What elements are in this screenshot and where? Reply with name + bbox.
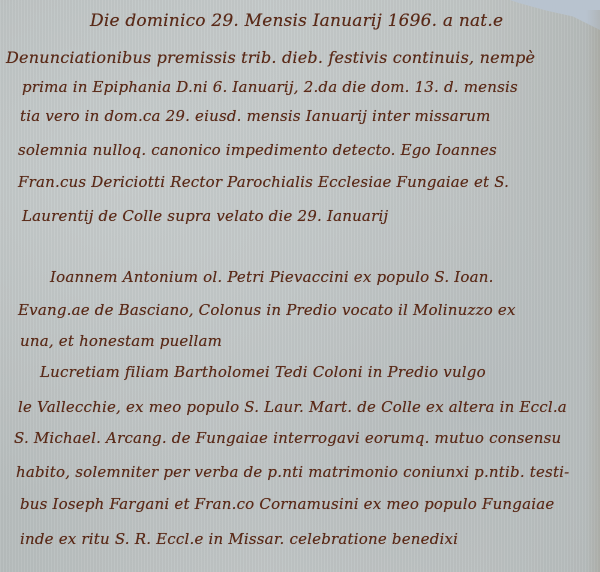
text-line: Laurentij de Colle supra velato die 29. … — [22, 207, 388, 225]
manuscript-page: Die dominico 29. Mensis Ianuarij 1696. a… — [0, 0, 600, 572]
text-line: inde ex ritu S. R. Eccl.e in Missar. cel… — [20, 530, 458, 548]
text-line: solemnia nulloq. canonico impedimento de… — [18, 141, 497, 159]
groom-paragraph-line: Ioannem Antonium ol. Petri Pievaccini ex… — [50, 268, 494, 286]
text-line: prima in Epiphania D.ni 6. Ianuarij, 2.d… — [22, 78, 518, 96]
bride-paragraph-line: Lucretiam filiam Bartholomei Tedi Coloni… — [40, 363, 486, 381]
text-line: Denunciationibus premissis trib. dieb. f… — [6, 48, 535, 67]
text-line: S. Michael. Arcang. de Fungaiae interrog… — [14, 429, 561, 447]
text-line: habito, solemniter per verba de p.nti ma… — [16, 463, 569, 481]
text-line: Fran.cus Dericiotti Rector Parochialis E… — [18, 173, 509, 191]
page-edge-shadow — [586, 10, 600, 572]
entry-date-heading: Die dominico 29. Mensis Ianuarij 1696. a… — [90, 11, 503, 31]
text-line: tia vero in dom.ca 29. eiusd. mensis Ian… — [20, 107, 491, 125]
text-line: le Vallecchie, ex meo populo S. Laur. Ma… — [18, 398, 567, 416]
text-line: bus Ioseph Fargani et Fran.co Cornamusin… — [20, 495, 554, 513]
text-line: Evang.ae de Basciano, Colonus in Predio … — [18, 301, 516, 319]
text-line: una, et honestam puellam — [20, 332, 222, 350]
